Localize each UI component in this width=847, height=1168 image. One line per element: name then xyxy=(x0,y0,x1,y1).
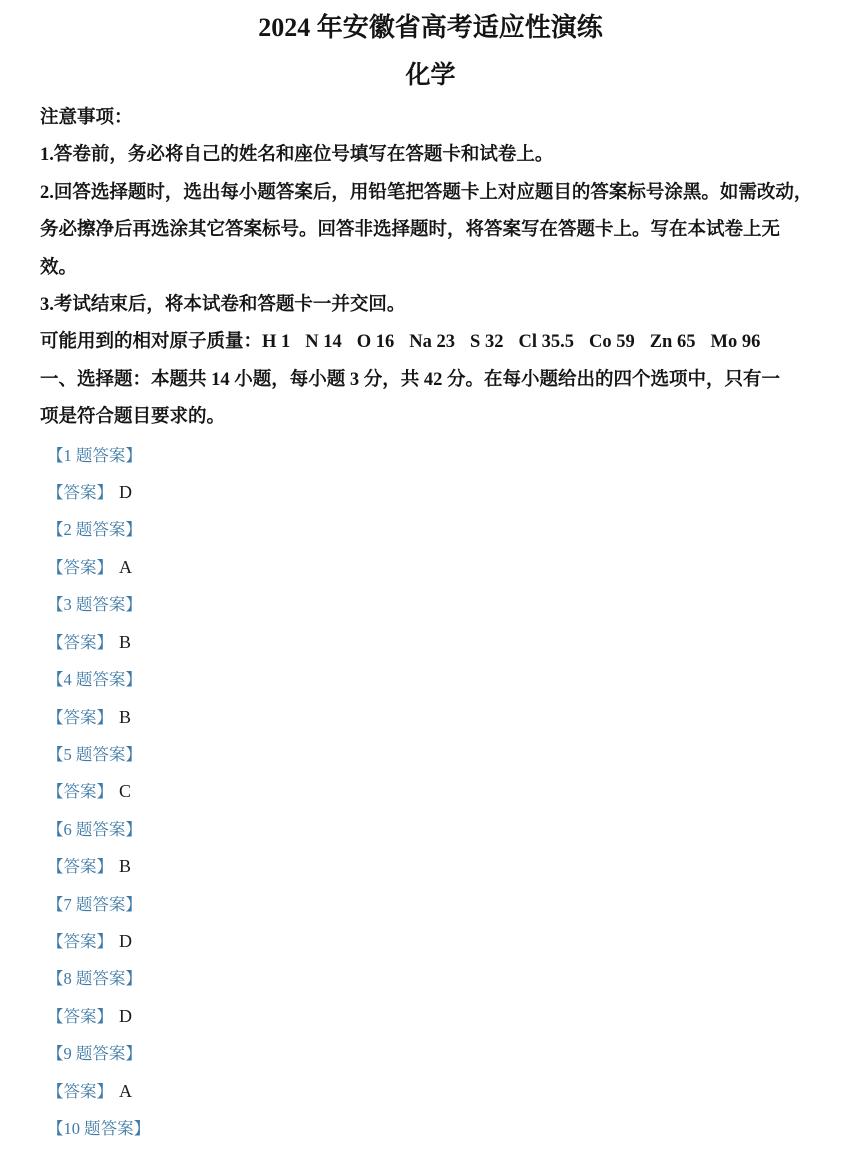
atomic-mass-value: S 32 xyxy=(470,332,503,352)
answer-line: 【答案】B xyxy=(40,624,821,661)
notice-item-line: 2.回答选择题时，选出每小题答案后，用铅笔把答题卡上对应题目的答案标号涂黑。如需… xyxy=(40,175,821,212)
question-answer-link: 【7 题答案】 xyxy=(40,886,821,923)
question-answer-label: 【8 题答案】 xyxy=(47,969,142,988)
question-answer-label: 【3 题答案】 xyxy=(47,595,142,614)
answer-value: B xyxy=(119,707,131,727)
exam-document-page: 2024 年安徽省高考适应性演练 化学 注意事项： 1.答卷前，务必将自己的姓名… xyxy=(0,0,847,1168)
atomic-mass-value: H 1 xyxy=(262,332,290,352)
answer-label: 【答案】 xyxy=(47,1082,113,1101)
question-answer-link: 【1 题答案】 xyxy=(40,437,821,474)
notice-item-line: 务必擦净后再选涂其它答案标号。回答非选择题时，将答案写在答题卡上。写在本试卷上无 xyxy=(40,212,821,249)
answer-label: 【答案】 xyxy=(47,932,113,951)
question-answer-link: 【10 题答案】 xyxy=(40,1110,821,1147)
atomic-mass-value: Cl 35.5 xyxy=(518,332,574,352)
section-heading-line: 一、选择题：本题共 14 小题，每小题 3 分，共 42 分。在每小题给出的四个… xyxy=(40,362,821,399)
notice-items: 1.答卷前，务必将自己的姓名和座位号填写在答题卡和试卷上。2.回答选择题时，选出… xyxy=(40,137,821,324)
answer-value: A xyxy=(119,557,132,577)
answer-label: 【答案】 xyxy=(47,857,113,876)
atomic-mass-value: Na 23 xyxy=(409,332,455,352)
answer-line: 【答案】D xyxy=(40,998,821,1035)
answer-label: 【答案】 xyxy=(47,1007,113,1026)
answer-line: 【答案】B xyxy=(40,699,821,736)
question-answer-link: 【2 题答案】 xyxy=(40,511,821,548)
question-answer-link: 【8 题答案】 xyxy=(40,960,821,997)
answer-line: 【答案】D xyxy=(40,923,821,960)
answer-value: B xyxy=(119,856,131,876)
question-answer-label: 【4 题答案】 xyxy=(47,670,142,689)
subject-title: 化学 xyxy=(40,60,821,92)
notice-item-line: 1.答卷前，务必将自己的姓名和座位号填写在答题卡和试卷上。 xyxy=(40,137,821,174)
section-one-heading: 一、选择题：本题共 14 小题，每小题 3 分，共 42 分。在每小题给出的四个… xyxy=(40,362,821,437)
atomic-mass-value: O 16 xyxy=(357,332,395,352)
atomic-mass-value: N 14 xyxy=(305,332,342,352)
answer-line: 【答案】C xyxy=(40,773,821,810)
question-answer-link: 【4 题答案】 xyxy=(40,661,821,698)
question-answer-label: 【7 题答案】 xyxy=(47,895,142,914)
atomic-mass-line: 可能用到的相对原子质量：H 1N 14O 16Na 23S 32Cl 35.5C… xyxy=(40,324,821,361)
question-answer-label: 【10 题答案】 xyxy=(47,1119,150,1138)
answer-label: 【答案】 xyxy=(47,782,113,801)
notice-heading: 注意事项： xyxy=(40,100,821,137)
answer-value: D xyxy=(119,482,132,502)
answer-label: 【答案】 xyxy=(47,483,113,502)
atomic-mass-value: Mo 96 xyxy=(710,332,760,352)
answer-value: B xyxy=(119,632,131,652)
answer-value: D xyxy=(119,931,132,951)
notice-item-line: 效。 xyxy=(40,250,821,287)
answer-value: C xyxy=(119,781,131,801)
question-answer-label: 【5 题答案】 xyxy=(47,745,142,764)
answer-value: D xyxy=(119,1006,132,1026)
atomic-mass-values: H 1N 14O 16Na 23S 32Cl 35.5Co 59Zn 65Mo … xyxy=(262,332,760,352)
answer-line: 【答案】B xyxy=(40,848,821,885)
answer-line: 【答案】D xyxy=(40,474,821,511)
notice-item-line: 3.考试结束后，将本试卷和答题卡一并交回。 xyxy=(40,287,821,324)
answer-label: 【答案】 xyxy=(47,558,113,577)
atomic-mass-value: Co 59 xyxy=(589,332,635,352)
page-title: 2024 年安徽省高考适应性演练 xyxy=(40,12,821,44)
answers-list: 【1 题答案】【答案】D【2 题答案】【答案】A【3 题答案】【答案】B【4 题… xyxy=(40,437,821,1148)
section-heading-line: 项是符合题目要求的。 xyxy=(40,399,821,436)
answer-value: A xyxy=(119,1081,132,1101)
question-answer-label: 【2 题答案】 xyxy=(47,520,142,539)
question-answer-label: 【1 题答案】 xyxy=(47,446,142,465)
answer-line: 【答案】A xyxy=(40,1073,821,1110)
atomic-mass-prefix: 可能用到的相对原子质量： xyxy=(40,332,262,352)
question-answer-label: 【9 题答案】 xyxy=(47,1044,142,1063)
question-answer-label: 【6 题答案】 xyxy=(47,820,142,839)
question-answer-link: 【5 题答案】 xyxy=(40,736,821,773)
question-answer-link: 【6 题答案】 xyxy=(40,811,821,848)
atomic-mass-value: Zn 65 xyxy=(650,332,696,352)
answer-label: 【答案】 xyxy=(47,708,113,727)
question-answer-link: 【3 题答案】 xyxy=(40,586,821,623)
question-answer-link: 【9 题答案】 xyxy=(40,1035,821,1072)
answer-label: 【答案】 xyxy=(47,633,113,652)
answer-line: 【答案】A xyxy=(40,549,821,586)
